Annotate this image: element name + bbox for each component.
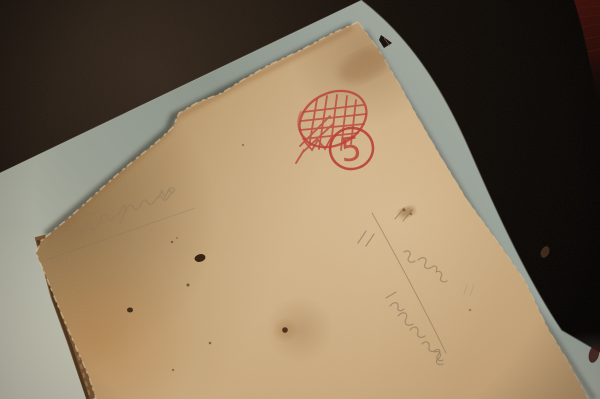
- book-photo-svg: 5: [0, 0, 600, 399]
- vignette-overlay: [0, 0, 600, 399]
- photo-old-book-page: 5: [0, 0, 600, 399]
